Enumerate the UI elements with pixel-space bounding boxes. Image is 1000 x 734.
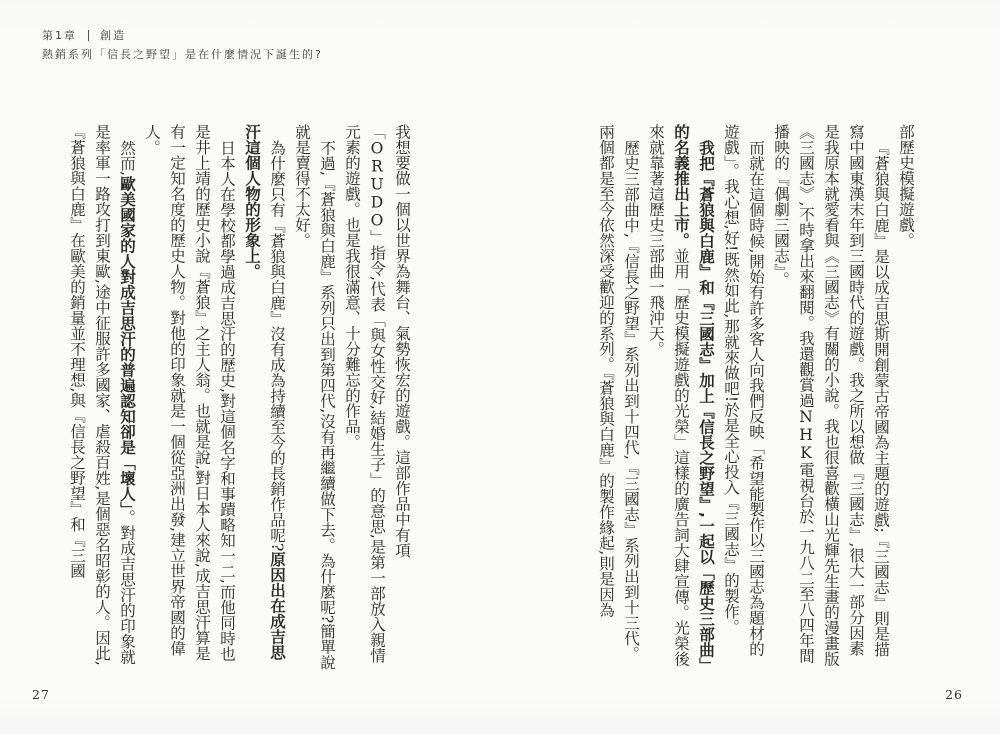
chapter-number: 第1章	[42, 30, 77, 41]
text-segment: 然而,	[118, 140, 136, 176]
text-segment: 部歷史模擬遊戲。	[897, 124, 915, 248]
paragraph: 我把『蒼狼與白鹿』和『三國志』加上『信長之野望』,一起以「歷史三部曲」的名義推出…	[643, 124, 718, 670]
emphasis-text: 歐美國家的人對成吉思汗的普遍認知卻是「壞人」	[118, 175, 136, 508]
text-segment: 日本人在學校都學過成吉思汗的歷史,對這個名字和事蹟略知一二,而他同時也是井上靖的…	[143, 124, 236, 661]
chapter-section: 創造	[100, 30, 126, 41]
page-number-26: 26	[945, 687, 963, 702]
paragraph: 而就在這個時候,開始有許多客人向我們反映「希望能製作以三國志為題材的遊戲」。我心…	[718, 124, 768, 670]
chapter-divider	[88, 30, 89, 41]
chapter-subtitle: 熱銷系列「信長之野望」是在什麼情況下誕生的?	[42, 49, 323, 60]
text-segment: 歷史三部曲中,『信長之野望』系列出到十四代,『三國志』系列出到十三代。兩個都是至…	[597, 124, 640, 661]
page-27-text-block: 我想要做一個以世界為舞台、氣勢恢宏的遊戲。這部作品中有項「ORUDO」指令,代表…	[62, 124, 414, 670]
text-segment: ORUDO	[368, 140, 386, 230]
page-number-27: 27	[32, 687, 50, 702]
paragraph: 『蒼狼與白鹿』是以成吉思斯開創蒙古帝國為主題的遊戲;『三國志』則是描寫中國東漢末…	[768, 124, 893, 670]
text-segment: 而就在這個時候,開始有許多客人向我們反映「希望能製作以三國志為題材的遊戲」。我心…	[722, 124, 765, 656]
text-segment: NHK	[797, 408, 815, 462]
page-26-text-block: 部歷史模擬遊戲。『蒼狼與白鹿』是以成吉思斯開創蒙古帝國為主題的遊戲;『三國志』則…	[566, 124, 918, 670]
chapter-title-line: 第1章 創造	[42, 30, 323, 41]
paragraph: 日本人在學校都學過成吉思汗的歷史,對這個名字和事蹟略知一二,而他同時也是井上靖的…	[139, 124, 239, 670]
paragraph: 我想要做一個以世界為舞台、氣勢恢宏的遊戲。這部作品中有項「ORUDO」指令,代表…	[339, 124, 414, 670]
paragraph: 不過,『蒼狼與白鹿』系列只出到第四代,沒有再繼續做下去。為什麼呢?簡單說就是賣得…	[289, 124, 339, 670]
text-segment: 為什麼只有『蒼狼與白鹿』沒有成為持續至今的長銷作品呢?	[268, 140, 286, 551]
chapter-header: 第1章 創造 熱銷系列「信長之野望」是在什麼情況下誕生的?	[42, 30, 323, 60]
paragraph: 部歷史模擬遊戲。	[893, 124, 918, 670]
text-segment: 不過,『蒼狼與白鹿』系列只出到第四代,沒有再繼續做下去。為什麼呢?簡單說就是賣得…	[293, 124, 336, 669]
book-spread: 第1章 創造 熱銷系列「信長之野望」是在什麼情況下誕生的? 部歷史模擬遊戲。『蒼…	[0, 0, 1000, 734]
paragraph: 歷史三部曲中,『信長之野望』系列出到十四代,『三國志』系列出到十三代。兩個都是至…	[593, 124, 643, 670]
paragraph: 然而,歐美國家的人對成吉思汗的普遍認知卻是「壞人」。對成吉思汗的印象就是率軍一路…	[64, 124, 139, 670]
paragraph: 為什麼只有『蒼狼與白鹿』沒有成為持續至今的長銷作品呢?原因出在成吉思汗這個人物的…	[239, 124, 289, 670]
